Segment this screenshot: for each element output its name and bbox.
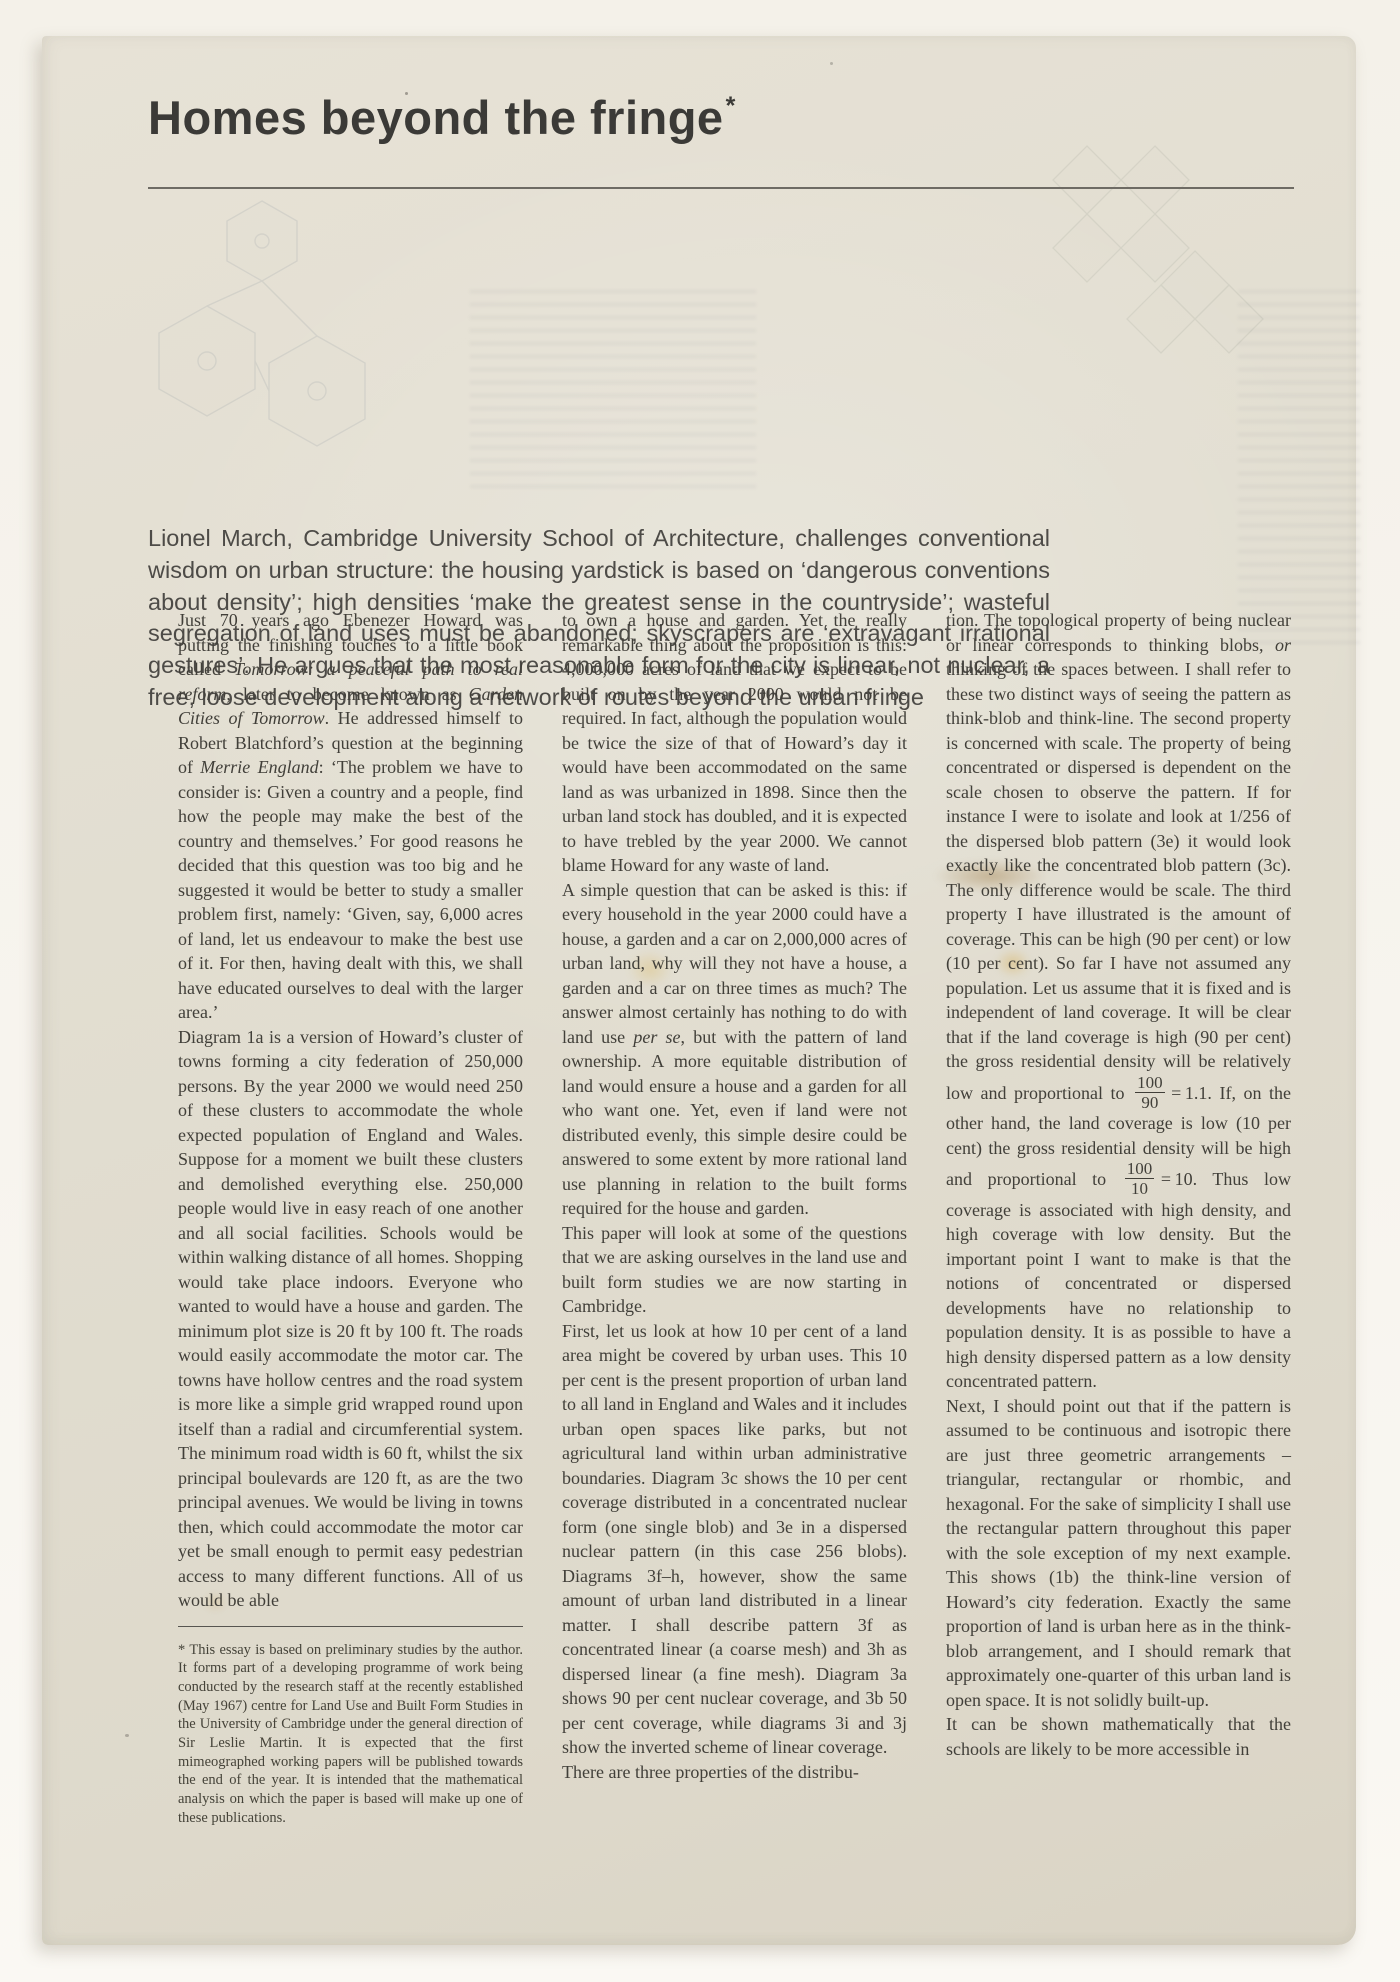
paragraph: to own a house and garden. Yet the reall…	[562, 608, 907, 878]
showthrough-hexagon-diagram	[137, 161, 387, 471]
fraction: 10090	[1135, 1074, 1165, 1112]
title-rule	[148, 187, 1294, 189]
column-2: to own a house and garden. Yet the reall…	[562, 608, 907, 1828]
title-footnote-asterisk: *	[726, 92, 736, 120]
footnote-rule	[178, 1626, 523, 1627]
article-title-text: Homes beyond the fringe	[148, 91, 724, 144]
fraction: 10010	[1125, 1160, 1155, 1198]
article-title: Homes beyond the fringe*	[148, 90, 736, 145]
column-1-text: Just 70 years ago Ebenezer Howard was pu…	[178, 608, 523, 1613]
paper-speck	[830, 62, 833, 65]
paragraph: tion. The topological property of being …	[946, 608, 1291, 1394]
showthrough-text	[1238, 290, 1360, 650]
paper-speck	[125, 1734, 129, 1737]
paragraph: Just 70 years ago Ebenezer Howard was pu…	[178, 608, 523, 1025]
showthrough-diamond-diagram	[1027, 131, 1287, 381]
magazine-page: Homes beyond the fringe* Lionel March, C…	[42, 36, 1356, 1945]
column-2-text: to own a house and garden. Yet the reall…	[562, 608, 907, 1784]
column-1: Just 70 years ago Ebenezer Howard was pu…	[178, 608, 523, 1828]
paragraph: There are three properties of the distri…	[562, 1760, 907, 1785]
footnote: * This essay is based on preliminary stu…	[178, 1641, 523, 1828]
column-3: tion. The topological property of being …	[946, 608, 1291, 1828]
paragraph: First, let us look at how 10 per cent of…	[562, 1319, 907, 1760]
paragraph: This paper will look at some of the ques…	[562, 1221, 907, 1319]
article-body: Just 70 years ago Ebenezer Howard was pu…	[178, 608, 1291, 1828]
paragraph: A simple question that can be asked is t…	[562, 878, 907, 1221]
paragraph: Diagram 1a is a version of Howard’s clus…	[178, 1025, 523, 1613]
column-3-text: tion. The topological property of being …	[946, 608, 1291, 1761]
paragraph: Next, I should point out that if the pat…	[946, 1394, 1291, 1713]
paragraph: It can be shown mathematically that the …	[946, 1712, 1291, 1761]
showthrough-text	[470, 290, 756, 496]
